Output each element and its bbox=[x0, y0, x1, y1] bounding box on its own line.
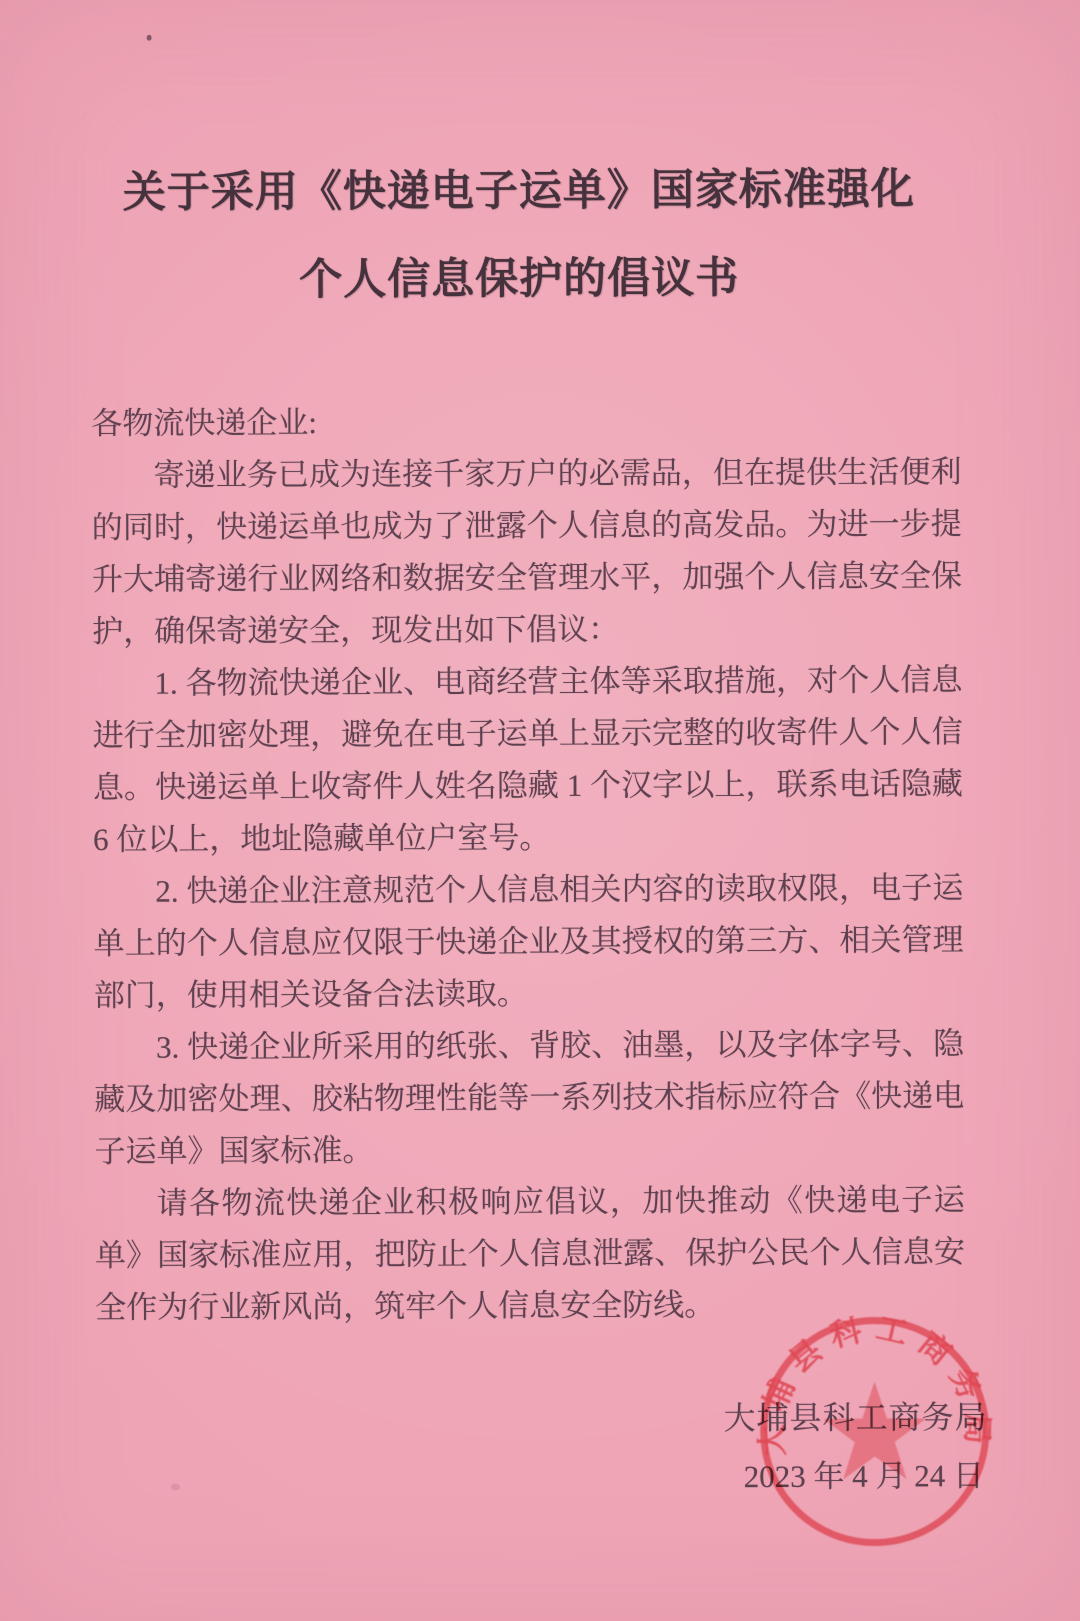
paragraph-closing: 请各物流快递企业积极响应倡议，加快推动《快递电子运单》国家标准应用，把防止个人信… bbox=[95, 1174, 966, 1334]
paragraph-item-3: 3. 快递企业所采用的纸张、背胶、油墨，以及字体字号、隐藏及加密处理、胶粘物理性… bbox=[94, 1018, 965, 1178]
official-seal: 大埔县科工商务局 bbox=[754, 1311, 995, 1552]
document-title-line1: 关于采用《快递电子运单》国家标准强化 bbox=[0, 146, 1040, 239]
document-title-line2: 个人信息保护的倡议书 bbox=[0, 234, 1041, 327]
salutation: 各物流快递企业: bbox=[91, 394, 961, 450]
document-title: 关于采用《快递电子运单》国家标准强化 个人信息保护的倡议书 bbox=[0, 146, 1041, 327]
star-icon bbox=[823, 1381, 926, 1479]
paragraph-item-1: 1. 各物流快递企业、电商经营主体等采取措施，对个人信息进行全加密处理，避免在电… bbox=[92, 654, 963, 866]
paragraph-intro: 寄递业务已成为连接千家万户的必需品，但在提供生活便利的同时，快递运单也成为了泄露… bbox=[91, 446, 962, 658]
document-body: 各物流快递企业: 寄递业务已成为连接千家万户的必需品，但在提供生活便利的同时，快… bbox=[91, 394, 965, 1334]
page-content: 关于采用《快递电子运单》国家标准强化 个人信息保护的倡议书 各物流快递企业: 寄… bbox=[0, 0, 1080, 1621]
dust-speck bbox=[147, 35, 152, 41]
paper-page: 关于采用《快递电子运单》国家标准强化 个人信息保护的倡议书 各物流快递企业: 寄… bbox=[0, 0, 1080, 1621]
dust-speck bbox=[171, 1484, 180, 1491]
paragraph-item-2: 2. 快递企业注意规范个人信息相关内容的读取权限，电子运单上的个人信息应仅限于快… bbox=[93, 862, 964, 1022]
